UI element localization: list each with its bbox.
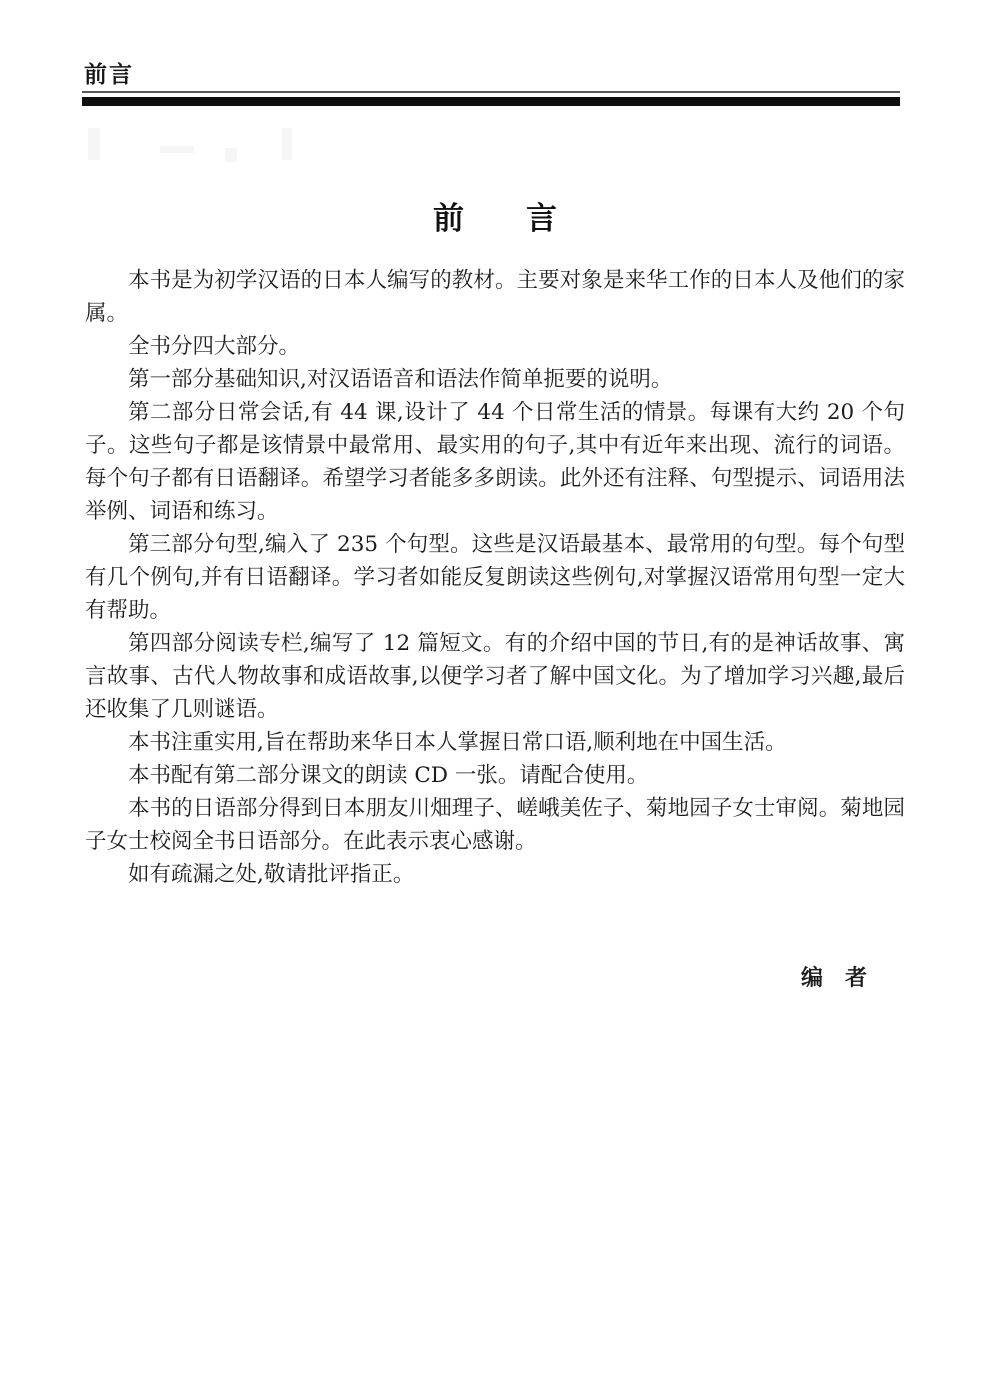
author-signature: 编 者 [85, 961, 905, 992]
paragraph: 本书注重实用,旨在帮助来华日本人掌握日常口语,顺利地在中国生活。 [85, 726, 905, 759]
scan-artifact [225, 148, 237, 162]
header-rule-thick [82, 97, 900, 106]
running-header: 前言 [84, 56, 134, 89]
paragraph: 全书分四大部分。 [85, 330, 905, 363]
paragraph: 第三部分句型,编入了 235 个句型。这些是汉语最基本、最常用的句型。每个句型有… [85, 528, 905, 627]
paragraph: 本书配有第二部分课文的朗读 CD 一张。请配合使用。 [85, 759, 905, 792]
preface-body: 本书是为初学汉语的日本人编写的教材。主要对象是来华工作的日本人及他们的家属。 全… [85, 264, 905, 992]
scan-artifact [160, 146, 194, 153]
paragraph: 本书是为初学汉语的日本人编写的教材。主要对象是来华工作的日本人及他们的家属。 [85, 264, 905, 330]
paragraph: 如有疏漏之处,敬请批评指正。 [85, 858, 905, 891]
paragraph: 第一部分基础知识,对汉语语音和语法作简单扼要的说明。 [85, 363, 905, 396]
book-page: 前言 前 言 本书是为初学汉语的日本人编写的教材。主要对象是来华工作的日本人及他… [0, 0, 990, 1388]
paragraph: 第四部分阅读专栏,编写了 12 篇短文。有的介绍中国的节日,有的是神话故事、寓言… [85, 627, 905, 726]
page-title: 前 言 [0, 193, 990, 238]
paragraph: 第二部分日常会话,有 44 课,设计了 44 个日常生活的情景。每课有大约 20… [85, 396, 905, 528]
paragraph: 本书的日语部分得到日本朋友川畑理子、嵯峨美佐子、菊地园子女士审阅。菊地园子女士校… [85, 792, 905, 858]
scan-artifact [88, 128, 100, 160]
header-rule-thin [82, 91, 900, 93]
scan-artifact [282, 128, 292, 160]
